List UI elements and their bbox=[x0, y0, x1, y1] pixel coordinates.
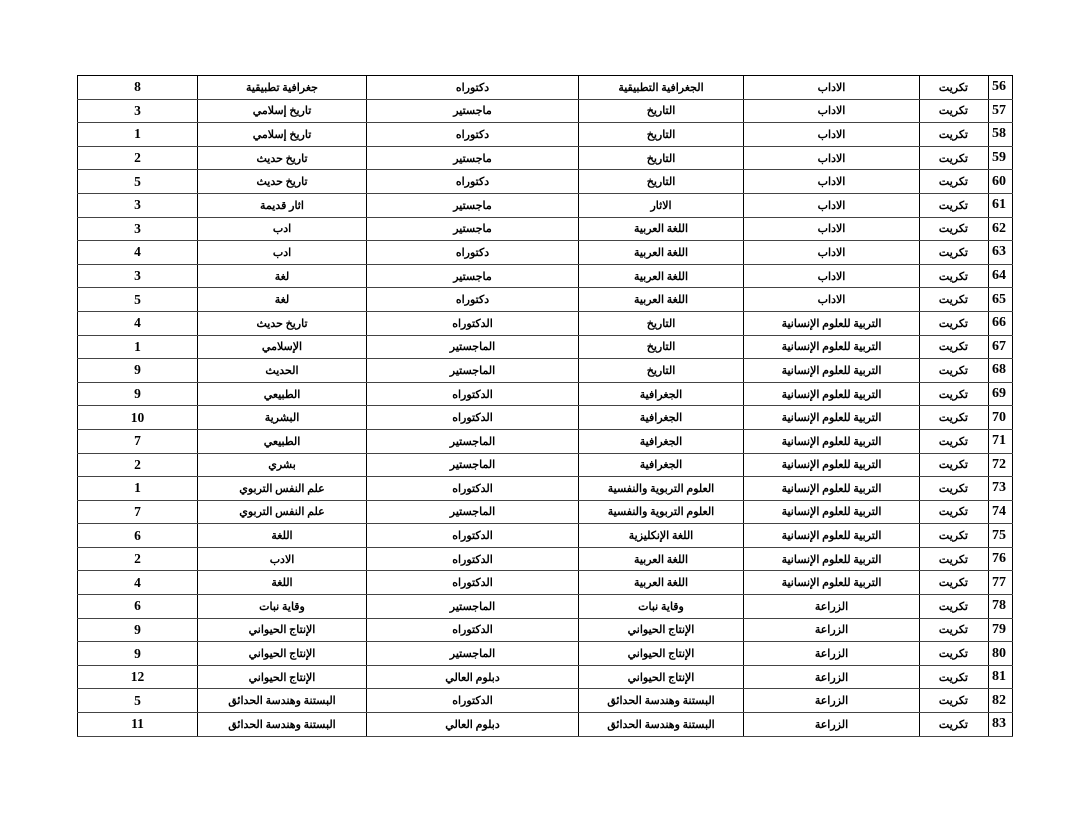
specialization-cell: علم النفس التربوي bbox=[198, 477, 367, 501]
college-cell: التربية للعلوم الإنسانية bbox=[744, 453, 920, 477]
specialization-cell: الإنتاج الحيواني bbox=[198, 642, 367, 666]
city-cell: تكريت bbox=[920, 76, 989, 100]
college-cell: التربية للعلوم الإنسانية bbox=[744, 477, 920, 501]
count-cell: 9 bbox=[78, 618, 198, 642]
department-cell: اللغة العربية bbox=[579, 571, 744, 595]
city-cell: تكريت bbox=[920, 713, 989, 737]
count-cell: 5 bbox=[78, 170, 198, 194]
row-number-cell: 80 bbox=[989, 642, 1013, 666]
degree-cell: الدكتوراه bbox=[367, 618, 579, 642]
degree-cell: ماجستير bbox=[367, 99, 579, 123]
table-row: 70 تكريت التربية للعلوم الإنسانية الجغرا… bbox=[78, 406, 1013, 430]
specialization-cell: الطبيعي bbox=[198, 429, 367, 453]
row-number-cell: 62 bbox=[989, 217, 1013, 241]
degree-cell: دكتوراه bbox=[367, 241, 579, 265]
row-number-cell: 59 bbox=[989, 146, 1013, 170]
city-cell: تكريت bbox=[920, 477, 989, 501]
specialization-cell: الإسلامي bbox=[198, 335, 367, 359]
count-cell: 9 bbox=[78, 359, 198, 383]
count-cell: 6 bbox=[78, 524, 198, 548]
city-cell: تكريت bbox=[920, 571, 989, 595]
college-cell: الزراعة bbox=[744, 595, 920, 619]
city-cell: تكريت bbox=[920, 595, 989, 619]
city-cell: تكريت bbox=[920, 453, 989, 477]
specialization-cell: ادب bbox=[198, 241, 367, 265]
city-cell: تكريت bbox=[920, 524, 989, 548]
degree-cell: ماجستير bbox=[367, 193, 579, 217]
count-cell: 6 bbox=[78, 595, 198, 619]
department-cell: اللغة العربية bbox=[579, 217, 744, 241]
row-number-cell: 71 bbox=[989, 429, 1013, 453]
college-cell: الزراعة bbox=[744, 713, 920, 737]
city-cell: تكريت bbox=[920, 241, 989, 265]
department-cell: اللغة الإنكليزية bbox=[579, 524, 744, 548]
row-number-cell: 82 bbox=[989, 689, 1013, 713]
row-number-cell: 68 bbox=[989, 359, 1013, 383]
count-cell: 1 bbox=[78, 123, 198, 147]
count-cell: 5 bbox=[78, 288, 198, 312]
college-cell: الزراعة bbox=[744, 642, 920, 666]
specialization-cell: ادب bbox=[198, 217, 367, 241]
row-number-cell: 63 bbox=[989, 241, 1013, 265]
row-number-cell: 64 bbox=[989, 264, 1013, 288]
college-cell: الاداب bbox=[744, 123, 920, 147]
city-cell: تكريت bbox=[920, 359, 989, 383]
table-row: 57 تكريت الاداب التاريخ ماجستير تاريخ إس… bbox=[78, 99, 1013, 123]
college-cell: التربية للعلوم الإنسانية bbox=[744, 500, 920, 524]
document-page: 56 تكريت الاداب الجغرافية التطبيقية دكتو… bbox=[0, 0, 1080, 834]
count-cell: 5 bbox=[78, 689, 198, 713]
specialization-cell: جغرافية تطبيقية bbox=[198, 76, 367, 100]
row-number-cell: 83 bbox=[989, 713, 1013, 737]
table-row: 69 تكريت التربية للعلوم الإنسانية الجغرا… bbox=[78, 382, 1013, 406]
table-row: 61 تكريت الاداب الاثار ماجستير اثار قديم… bbox=[78, 193, 1013, 217]
specialization-cell: اللغة bbox=[198, 571, 367, 595]
college-cell: الاداب bbox=[744, 99, 920, 123]
department-cell: البستنة وهندسة الحدائق bbox=[579, 689, 744, 713]
degree-cell: الدكتوراه bbox=[367, 571, 579, 595]
city-cell: تكريت bbox=[920, 311, 989, 335]
degree-cell: الدكتوراه bbox=[367, 406, 579, 430]
department-cell: التاريخ bbox=[579, 146, 744, 170]
count-cell: 1 bbox=[78, 335, 198, 359]
count-cell: 9 bbox=[78, 382, 198, 406]
table-body: 56 تكريت الاداب الجغرافية التطبيقية دكتو… bbox=[78, 76, 1013, 737]
row-number-cell: 56 bbox=[989, 76, 1013, 100]
row-number-cell: 74 bbox=[989, 500, 1013, 524]
table-row: 82 تكريت الزراعة البستنة وهندسة الحدائق … bbox=[78, 689, 1013, 713]
city-cell: تكريت bbox=[920, 264, 989, 288]
city-cell: تكريت bbox=[920, 288, 989, 312]
table-row: 75 تكريت التربية للعلوم الإنسانية اللغة … bbox=[78, 524, 1013, 548]
row-number-cell: 58 bbox=[989, 123, 1013, 147]
row-number-cell: 72 bbox=[989, 453, 1013, 477]
count-cell: 3 bbox=[78, 217, 198, 241]
city-cell: تكريت bbox=[920, 99, 989, 123]
college-cell: التربية للعلوم الإنسانية bbox=[744, 311, 920, 335]
count-cell: 7 bbox=[78, 429, 198, 453]
row-number-cell: 75 bbox=[989, 524, 1013, 548]
row-number-cell: 66 bbox=[989, 311, 1013, 335]
specialization-cell: تاريخ إسلامي bbox=[198, 99, 367, 123]
degree-cell: الدكتوراه bbox=[367, 382, 579, 406]
department-cell: الإنتاج الحيواني bbox=[579, 618, 744, 642]
city-cell: تكريت bbox=[920, 217, 989, 241]
table-row: 79 تكريت الزراعة الإنتاج الحيواني الدكتو… bbox=[78, 618, 1013, 642]
city-cell: تكريت bbox=[920, 193, 989, 217]
college-cell: الاداب bbox=[744, 217, 920, 241]
table-row: 74 تكريت التربية للعلوم الإنسانية العلوم… bbox=[78, 500, 1013, 524]
department-cell: التاريخ bbox=[579, 170, 744, 194]
degree-cell: الماجستير bbox=[367, 429, 579, 453]
specialization-cell: تاريخ حديث bbox=[198, 170, 367, 194]
college-cell: التربية للعلوم الإنسانية bbox=[744, 335, 920, 359]
table-row: 80 تكريت الزراعة الإنتاج الحيواني الماجس… bbox=[78, 642, 1013, 666]
college-cell: الزراعة bbox=[744, 618, 920, 642]
table-row: 83 تكريت الزراعة البستنة وهندسة الحدائق … bbox=[78, 713, 1013, 737]
specialization-cell: اثار قديمة bbox=[198, 193, 367, 217]
department-cell: اللغة العربية bbox=[579, 288, 744, 312]
count-cell: 9 bbox=[78, 642, 198, 666]
count-cell: 8 bbox=[78, 76, 198, 100]
department-cell: التاريخ bbox=[579, 123, 744, 147]
specialization-cell: البستنة وهندسة الحدائق bbox=[198, 713, 367, 737]
department-cell: اللغة العربية bbox=[579, 547, 744, 571]
city-cell: تكريت bbox=[920, 642, 989, 666]
count-cell: 3 bbox=[78, 193, 198, 217]
department-cell: الاثار bbox=[579, 193, 744, 217]
degree-cell: دكتوراه bbox=[367, 288, 579, 312]
department-cell: التاريخ bbox=[579, 311, 744, 335]
table-row: 67 تكريت التربية للعلوم الإنسانية التاري… bbox=[78, 335, 1013, 359]
department-cell: الإنتاج الحيواني bbox=[579, 642, 744, 666]
count-cell: 2 bbox=[78, 146, 198, 170]
degree-cell: الدكتوراه bbox=[367, 547, 579, 571]
count-cell: 4 bbox=[78, 311, 198, 335]
degree-cell: الدكتوراه bbox=[367, 311, 579, 335]
department-cell: التاريخ bbox=[579, 99, 744, 123]
department-cell: البستنة وهندسة الحدائق bbox=[579, 713, 744, 737]
city-cell: تكريت bbox=[920, 500, 989, 524]
specialization-cell: الحديث bbox=[198, 359, 367, 383]
count-cell: 7 bbox=[78, 500, 198, 524]
table-row: 62 تكريت الاداب اللغة العربية ماجستير اد… bbox=[78, 217, 1013, 241]
degree-cell: الماجستير bbox=[367, 642, 579, 666]
degree-cell: الماجستير bbox=[367, 595, 579, 619]
table-row: 68 تكريت التربية للعلوم الإنسانية التاري… bbox=[78, 359, 1013, 383]
college-cell: التربية للعلوم الإنسانية bbox=[744, 524, 920, 548]
department-cell: الإنتاج الحيواني bbox=[579, 665, 744, 689]
department-cell: الجغرافية bbox=[579, 453, 744, 477]
department-cell: اللغة العربية bbox=[579, 241, 744, 265]
table-row: 71 تكريت التربية للعلوم الإنسانية الجغرا… bbox=[78, 429, 1013, 453]
table-row: 73 تكريت التربية للعلوم الإنسانية العلوم… bbox=[78, 477, 1013, 501]
city-cell: تكريت bbox=[920, 547, 989, 571]
degree-cell: ماجستير bbox=[367, 146, 579, 170]
table-row: 63 تكريت الاداب اللغة العربية دكتوراه اد… bbox=[78, 241, 1013, 265]
row-number-cell: 79 bbox=[989, 618, 1013, 642]
count-cell: 12 bbox=[78, 665, 198, 689]
row-number-cell: 60 bbox=[989, 170, 1013, 194]
city-cell: تكريت bbox=[920, 335, 989, 359]
count-cell: 2 bbox=[78, 453, 198, 477]
college-cell: التربية للعلوم الإنسانية bbox=[744, 547, 920, 571]
college-cell: التربية للعلوم الإنسانية bbox=[744, 406, 920, 430]
college-cell: التربية للعلوم الإنسانية bbox=[744, 382, 920, 406]
degree-cell: الدكتوراه bbox=[367, 689, 579, 713]
table-row: 60 تكريت الاداب التاريخ دكتوراه تاريخ حد… bbox=[78, 170, 1013, 194]
specialization-cell: البشرية bbox=[198, 406, 367, 430]
specialization-cell: اللغة bbox=[198, 524, 367, 548]
table-row: 65 تكريت الاداب اللغة العربية دكتوراه لغ… bbox=[78, 288, 1013, 312]
degree-cell: دبلوم العالي bbox=[367, 665, 579, 689]
degree-cell: الماجستير bbox=[367, 335, 579, 359]
college-cell: التربية للعلوم الإنسانية bbox=[744, 571, 920, 595]
table-row: 64 تكريت الاداب اللغة العربية ماجستير لغ… bbox=[78, 264, 1013, 288]
college-cell: الاداب bbox=[744, 76, 920, 100]
degree-cell: دكتوراه bbox=[367, 123, 579, 147]
specialization-cell: الإنتاج الحيواني bbox=[198, 665, 367, 689]
department-cell: التاريخ bbox=[579, 335, 744, 359]
row-number-cell: 70 bbox=[989, 406, 1013, 430]
specialization-cell: الادب bbox=[198, 547, 367, 571]
college-cell: التربية للعلوم الإنسانية bbox=[744, 359, 920, 383]
degree-cell: الدكتوراه bbox=[367, 524, 579, 548]
college-cell: الاداب bbox=[744, 170, 920, 194]
table-row: 58 تكريت الاداب التاريخ دكتوراه تاريخ إس… bbox=[78, 123, 1013, 147]
college-cell: التربية للعلوم الإنسانية bbox=[744, 429, 920, 453]
table-row: 72 تكريت التربية للعلوم الإنسانية الجغرا… bbox=[78, 453, 1013, 477]
college-cell: الزراعة bbox=[744, 689, 920, 713]
city-cell: تكريت bbox=[920, 382, 989, 406]
degree-cell: دكتوراه bbox=[367, 170, 579, 194]
table-row: 56 تكريت الاداب الجغرافية التطبيقية دكتو… bbox=[78, 76, 1013, 100]
row-number-cell: 67 bbox=[989, 335, 1013, 359]
department-cell: الجغرافية bbox=[579, 382, 744, 406]
degree-cell: دبلوم العالي bbox=[367, 713, 579, 737]
specialization-cell: لغة bbox=[198, 288, 367, 312]
specialization-cell: تاريخ حديث bbox=[198, 311, 367, 335]
college-cell: الاداب bbox=[744, 146, 920, 170]
college-cell: الزراعة bbox=[744, 665, 920, 689]
table-row: 76 تكريت التربية للعلوم الإنسانية اللغة … bbox=[78, 547, 1013, 571]
city-cell: تكريت bbox=[920, 429, 989, 453]
department-cell: وقاية نبات bbox=[579, 595, 744, 619]
count-cell: 3 bbox=[78, 99, 198, 123]
college-cell: الاداب bbox=[744, 264, 920, 288]
city-cell: تكريت bbox=[920, 170, 989, 194]
specialization-cell: البستنة وهندسة الحدائق bbox=[198, 689, 367, 713]
specialization-cell: لغة bbox=[198, 264, 367, 288]
count-cell: 4 bbox=[78, 571, 198, 595]
row-number-cell: 57 bbox=[989, 99, 1013, 123]
department-cell: اللغة العربية bbox=[579, 264, 744, 288]
specialization-cell: تاريخ إسلامي bbox=[198, 123, 367, 147]
department-cell: العلوم التربوية والنفسية bbox=[579, 477, 744, 501]
degree-cell: الماجستير bbox=[367, 359, 579, 383]
table-row: 81 تكريت الزراعة الإنتاج الحيواني دبلوم … bbox=[78, 665, 1013, 689]
row-number-cell: 77 bbox=[989, 571, 1013, 595]
table-row: 77 تكريت التربية للعلوم الإنسانية اللغة … bbox=[78, 571, 1013, 595]
row-number-cell: 76 bbox=[989, 547, 1013, 571]
count-cell: 3 bbox=[78, 264, 198, 288]
row-number-cell: 61 bbox=[989, 193, 1013, 217]
degree-cell: الماجستير bbox=[367, 453, 579, 477]
city-cell: تكريت bbox=[920, 146, 989, 170]
department-cell: التاريخ bbox=[579, 359, 744, 383]
degree-cell: الدكتوراه bbox=[367, 477, 579, 501]
table-row: 66 تكريت التربية للعلوم الإنسانية التاري… bbox=[78, 311, 1013, 335]
city-cell: تكريت bbox=[920, 665, 989, 689]
specialization-cell: علم النفس التربوي bbox=[198, 500, 367, 524]
count-cell: 4 bbox=[78, 241, 198, 265]
degree-cell: الماجستير bbox=[367, 500, 579, 524]
department-cell: الجغرافية bbox=[579, 429, 744, 453]
row-number-cell: 65 bbox=[989, 288, 1013, 312]
specialization-cell: تاريخ حديث bbox=[198, 146, 367, 170]
degree-cell: دكتوراه bbox=[367, 76, 579, 100]
count-cell: 1 bbox=[78, 477, 198, 501]
count-cell: 2 bbox=[78, 547, 198, 571]
row-number-cell: 73 bbox=[989, 477, 1013, 501]
college-cell: الاداب bbox=[744, 193, 920, 217]
college-cell: الاداب bbox=[744, 241, 920, 265]
college-cell: الاداب bbox=[744, 288, 920, 312]
city-cell: تكريت bbox=[920, 689, 989, 713]
row-number-cell: 78 bbox=[989, 595, 1013, 619]
department-cell: الجغرافية التطبيقية bbox=[579, 76, 744, 100]
city-cell: تكريت bbox=[920, 123, 989, 147]
city-cell: تكريت bbox=[920, 618, 989, 642]
specialization-cell: الطبيعي bbox=[198, 382, 367, 406]
count-cell: 11 bbox=[78, 713, 198, 737]
degree-cell: ماجستير bbox=[367, 264, 579, 288]
count-cell: 10 bbox=[78, 406, 198, 430]
row-number-cell: 69 bbox=[989, 382, 1013, 406]
department-cell: العلوم التربوية والنفسية bbox=[579, 500, 744, 524]
table-row: 78 تكريت الزراعة وقاية نبات الماجستير وق… bbox=[78, 595, 1013, 619]
specialization-cell: بشري bbox=[198, 453, 367, 477]
degree-cell: ماجستير bbox=[367, 217, 579, 241]
data-table: 56 تكريت الاداب الجغرافية التطبيقية دكتو… bbox=[77, 75, 1013, 737]
specialization-cell: الإنتاج الحيواني bbox=[198, 618, 367, 642]
table-row: 59 تكريت الاداب التاريخ ماجستير تاريخ حد… bbox=[78, 146, 1013, 170]
department-cell: الجغرافية bbox=[579, 406, 744, 430]
city-cell: تكريت bbox=[920, 406, 989, 430]
row-number-cell: 81 bbox=[989, 665, 1013, 689]
specialization-cell: وقاية نبات bbox=[198, 595, 367, 619]
